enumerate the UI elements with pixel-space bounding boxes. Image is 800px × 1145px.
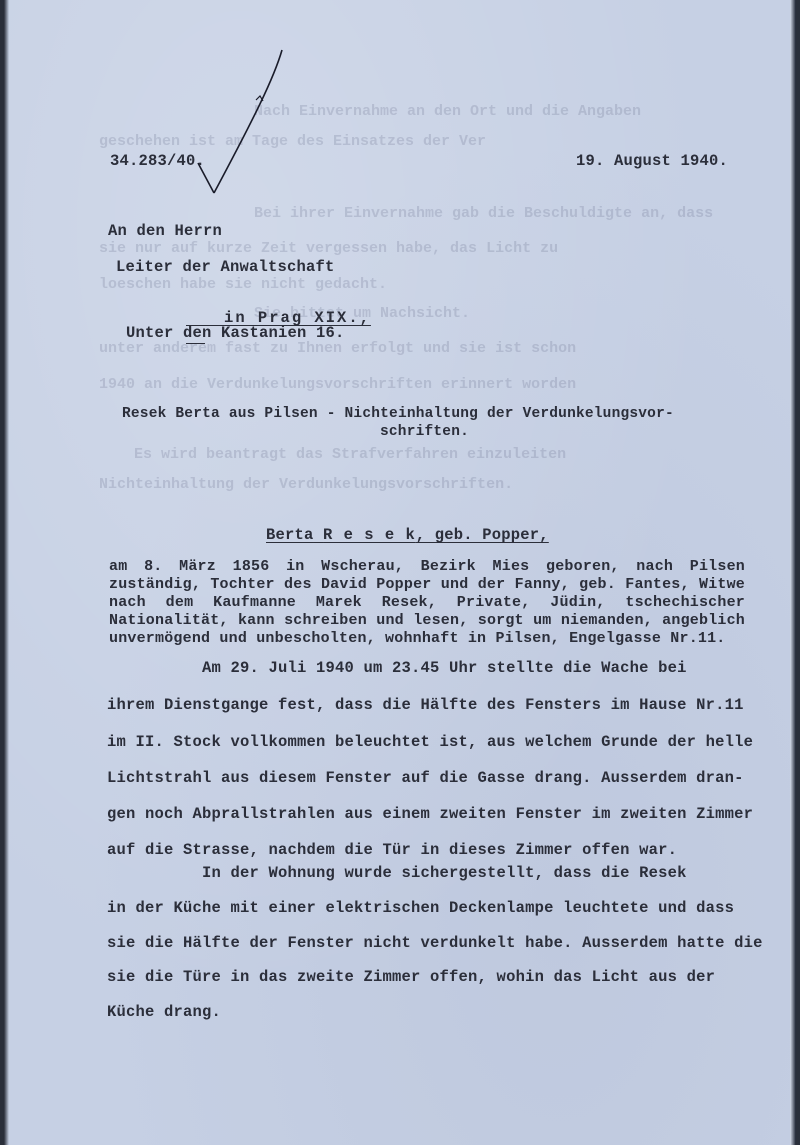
addressee-salutation: An den Herrn [108,222,222,240]
checkmark-icon [194,48,294,198]
person-first-name: Berta [266,526,314,544]
person-heading: Berta R e s e k, geb. Popper, [266,526,549,544]
paragraph-line: Küche drang. [107,1003,221,1021]
bleed-through-text: sie nur auf kurze Zeit vergessen habe, d… [99,240,558,257]
paragraph-line: Lichtstrahl aus diesem Fenster auf die G… [107,769,744,787]
person-birth-name: , geb. Popper, [416,526,549,544]
paragraph-line: in der Küche mit einer elektrischen Deck… [107,899,734,917]
letter-date: 19. August 1940. [576,152,728,170]
document-page: Nach Einvernahme an den Ort und die Anga… [4,0,796,1145]
addressee-street: Unter den Kastanien 16. [126,324,345,342]
subject-line-1: Resek Berta aus Pilsen - Nichteinhaltung… [122,406,674,422]
bleed-through-text: Nach Einvernahme an den Ort und die Anga… [254,103,641,120]
paragraph-line: sie die Türe in das zweite Zimmer offen,… [107,968,715,986]
addressee-title: Leiter der Anwaltschaft [116,258,335,276]
page-right-edge [790,0,796,1145]
bleed-through-text: Es wird beantragt das Strafverfahren ein… [134,446,566,463]
paragraph-line: sie die Hälfte der Fenster nicht verdunk… [107,934,763,952]
subject-line-2: schriften. [380,424,469,440]
bleed-through-text: Nichteinhaltung der Verdunkelungsvorschr… [99,476,513,493]
person-surname: R e s e k [323,526,416,544]
paragraph-line: ihrem Dienstgange fest, dass die Hälfte … [107,696,744,714]
bleed-through-text: 1940 an die Verdunkelungsvorschriften er… [99,376,576,393]
personal-details: am 8. März 1856 in Wscherau, Bezirk Mies… [109,558,745,648]
paragraph-line: auf die Strasse, nachdem die Tür in dies… [107,841,677,859]
paragraph-line: gen noch Abprallstrahlen aus einem zweit… [107,805,753,823]
paragraph-line: im II. Stock vollkommen beleuchtet ist, … [107,733,753,751]
bleed-through-text: Bei ihrer Einvernahme gab die Beschuldig… [254,205,713,222]
reference-number: 34.283/40. [110,152,205,170]
page-left-edge [4,0,9,1145]
paragraph-line: Am 29. Juli 1940 um 23.45 Uhr stellte di… [107,659,687,677]
paragraph-line: In der Wohnung wurde sichergestellt, das… [107,864,687,882]
